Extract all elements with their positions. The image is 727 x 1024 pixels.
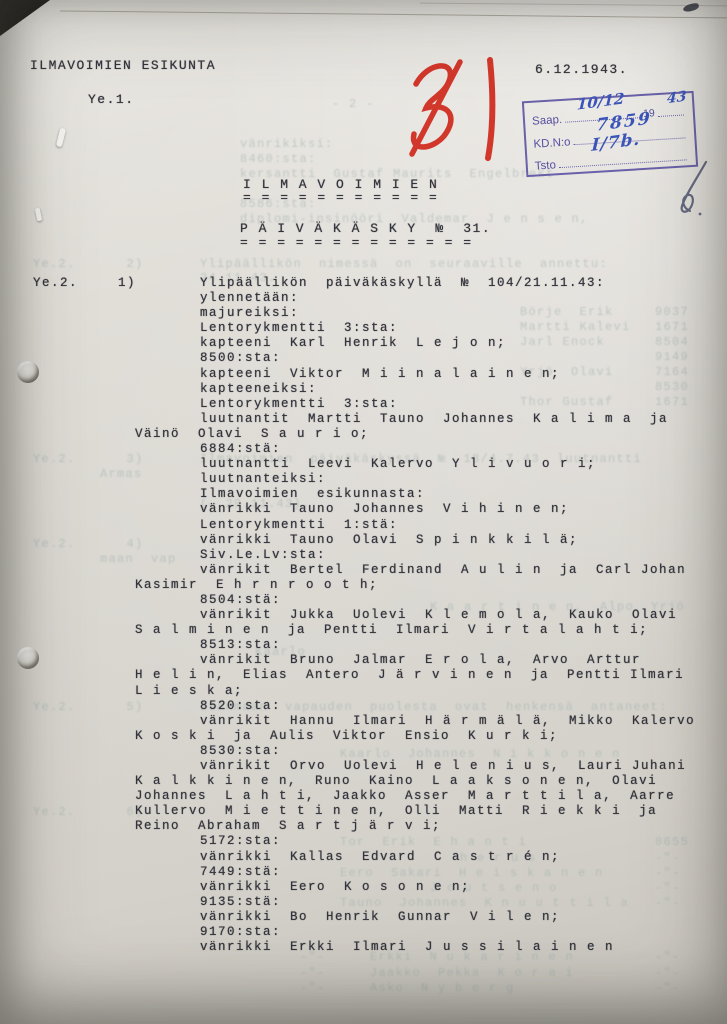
body-lines: Ylipäällikön päiväkäskyllä № 104/21.11.4… <box>0 276 727 955</box>
body-line: 8500:sta: <box>0 351 727 366</box>
paper-crease <box>420 3 727 7</box>
bleedthrough-text: -"- <box>655 981 681 995</box>
body-line: kapteeneiksi: <box>0 382 727 397</box>
body-line: vänrikki Kallas Edvard C a s t r é n; <box>0 850 727 865</box>
handwritten-day-month: 10/12 <box>577 89 625 113</box>
bleedthrough-text: Ye.2. 2) <box>33 257 144 271</box>
bleedthrough-text: Asko N y b e r g <box>370 981 515 995</box>
org-line: ILMAVOIMIEN ESIKUNTA <box>30 58 216 73</box>
body-line: K o s k i ja Aulis Viktor Ensio K u r k … <box>0 729 727 744</box>
body-line: luutnanteiksi: <box>0 472 727 487</box>
body-line: Reino Abraham S a r t j ä r v i; <box>0 819 727 834</box>
paper-tear <box>35 208 43 222</box>
body-line: vänrikit Bruno Jalmar E r o l a, Arvo Ar… <box>0 653 727 668</box>
body-line: Siv.Le.Lv:sta: <box>0 548 727 563</box>
body-line: 9170:sta: <box>0 925 727 940</box>
bleedthrough-text: -"- <box>655 966 681 980</box>
body-line: kapteeni Karl Henrik L e j o n; <box>0 336 727 351</box>
document-page: - 2 -vänrikiksi:8460:sta:kersantti Gusta… <box>0 0 727 1024</box>
body-line: luutnantit Martti Tauno Johannes K a l i… <box>0 412 727 427</box>
body-line: Lentorykmentti 3:sta: <box>0 321 727 336</box>
photo-background-corner <box>0 0 50 36</box>
bleedthrough-text: -"- <box>300 981 326 995</box>
paper-tear <box>56 128 66 148</box>
body-line: majureiksi: <box>0 306 727 321</box>
body-line: K a l k k i n e n, Runo Kaino L a a k s … <box>0 774 727 789</box>
body-line: 8513:sta: <box>0 638 727 653</box>
body-line: Väinö Olavi S a u r i o; <box>0 427 727 442</box>
body-line: ylennetään: <box>0 291 727 306</box>
bleedthrough-text: 8460:sta: <box>240 152 317 166</box>
body-line: vänrikki Bo Henrik Gunnar V i l e n; <box>0 910 727 925</box>
body-line: Ilmavoimien esikunnasta: <box>0 487 727 502</box>
body-line: 7449:stä: <box>0 865 727 880</box>
body-line: luutnantti Leevi Kalervo Y l i v u o r i… <box>0 457 727 472</box>
ink-smudge <box>682 2 699 13</box>
body-line: 6884:stä: <box>0 442 727 457</box>
title-line1-underline: = = = = = = = = = = = <box>243 190 438 205</box>
body-line: kapteeni Viktor M i i n a l a i n e n; <box>0 367 727 382</box>
bleedthrough-text: Ylipäällikön nimessä on seuraaville anne… <box>200 257 608 271</box>
bleedthrough-text: vänrikiksi: <box>240 137 334 151</box>
body-line: S a l m i n e n ja Pentti Ilmari V i r t… <box>0 623 727 638</box>
body-line: 8504:stä: <box>0 593 727 608</box>
paper-crease <box>60 10 727 18</box>
body-line: Ylipäällikön päiväkäskyllä № 104/21.11.4… <box>0 276 727 291</box>
body-line: vänrikki Eero K o s o n e n; <box>0 880 727 895</box>
body-line: Kasimir E h r n r o o t h; <box>0 578 727 593</box>
title-line2-underline: = = = = = = = = = = = = = <box>240 235 473 250</box>
bleedthrough-text: Jaakko Pekka K o r a i <box>370 966 574 980</box>
title-line2: P Ä I V Ä K Ä S K Y № 31. <box>240 221 491 236</box>
body-line: 8530:sta: <box>0 744 727 759</box>
body-line: L i e s k a; <box>0 684 727 699</box>
body-line: 8520:sta: <box>0 699 727 714</box>
handwritten-initial <box>655 155 725 220</box>
body-line: Kullervo M i e t t i n e n, Olli Matti R… <box>0 804 727 819</box>
body-line: vänrikit Bertel Ferdinand A u l i n ja C… <box>0 563 727 578</box>
body-line: 9135:stä: <box>0 895 727 910</box>
body-line: H e l i n, Elias Antero J ä r v i n e n … <box>0 668 727 683</box>
body-line: vänrikki Tauno Olavi S p i n k k i l ä; <box>0 533 727 548</box>
body-line: vänrikit Orvo Uolevi H e l e n i u s, La… <box>0 759 727 774</box>
body-line: vänrikki Erkki Ilmari J u s s i l a i n … <box>0 940 727 955</box>
red-handwritten-number-31 <box>390 50 520 172</box>
body-line: Johannes L a h t i, Jaakko Asser M a r t… <box>0 789 727 804</box>
body-line: Lentorykmentti 1:stä: <box>0 518 727 533</box>
document-date: 6.12.1943. <box>535 62 628 77</box>
dotted-leader <box>658 114 684 117</box>
body-line: vänrikit Hannu Ilmari H ä r m ä l ä, Mik… <box>0 714 727 729</box>
stamp-label-tsto: Tsto <box>534 159 556 172</box>
body-line: 5172:sta: <box>0 834 727 849</box>
body-line: vänrikki Tauno Johannes V i h i n e n; <box>0 502 727 517</box>
bleedthrough-text: - 2 - <box>332 97 375 111</box>
bleedthrough-text: -"- <box>300 966 326 980</box>
body-line: Lentorykmentti 3:sta: <box>0 397 727 412</box>
body-line: vänrikit Jukka Uolevi K l e m o l a, Kau… <box>0 608 727 623</box>
handwritten-year: 43 <box>667 89 687 108</box>
office-code: Ye.1. <box>88 92 135 107</box>
